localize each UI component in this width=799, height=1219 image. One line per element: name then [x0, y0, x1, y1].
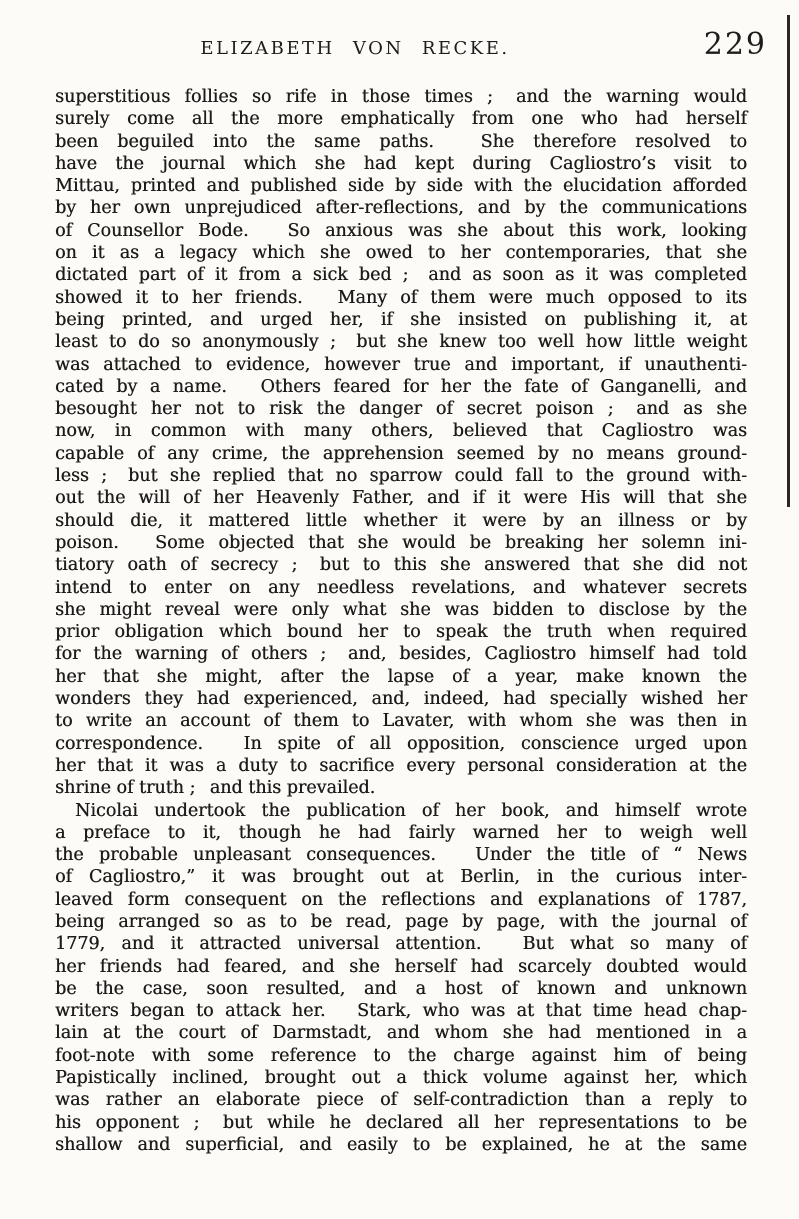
running-header-title: ELIZABETH VON RECKE.: [55, 38, 655, 59]
text-line: her that it was a duty to sacrifice ever…: [55, 755, 747, 777]
text-line: out the will of her Heavenly Father, and…: [55, 487, 747, 509]
book-page: ELIZABETH VON RECKE. 229 superstitious f…: [0, 0, 799, 1219]
text-line: dictated part of it from a sick bed ; an…: [55, 264, 747, 286]
text-line: tiatory oath of secrecy ; but to this sh…: [55, 554, 747, 576]
text-line: now, in common with many others, believe…: [55, 420, 747, 442]
text-line: cated by a name. Others feared for her t…: [55, 376, 747, 398]
text-line: of Cagliostro,” it was brought out at Be…: [55, 866, 747, 888]
text-line: her that she might, after the lapse of a…: [55, 666, 747, 688]
text-line: for the warning of others ; and, besides…: [55, 643, 747, 665]
text-line: intend to enter on any needless revelati…: [55, 577, 747, 599]
text-line: have the journal which she had kept duri…: [55, 153, 747, 175]
text-line: on it as a legacy which she owed to her …: [55, 242, 747, 264]
text-line: surely come all the more emphatically fr…: [55, 108, 747, 130]
text-line: was attached to evidence, however true a…: [55, 354, 747, 376]
text-line: correspondence. In spite of all oppositi…: [55, 733, 747, 755]
text-line: being arranged so as to be read, page by…: [55, 911, 747, 933]
text-line: Papistically inclined, brought out a thi…: [55, 1067, 747, 1089]
text-line: Mittau, printed and published side by si…: [55, 175, 747, 197]
text-line: Nicolai undertook the publication of her…: [55, 800, 747, 822]
text-line: foot-note with some reference to the cha…: [55, 1045, 747, 1067]
text-line: wonders they had experienced, and, indee…: [55, 688, 747, 710]
text-line: be the case, soon resulted, and a host o…: [55, 978, 747, 1000]
text-line: superstitious follies so rife in those t…: [55, 86, 747, 108]
page-body: superstitious follies so rife in those t…: [55, 86, 747, 1156]
text-line: leaved form consequent on the reflection…: [55, 889, 747, 911]
text-line: 1779, and it attracted universal attenti…: [55, 933, 747, 955]
text-line: shrine of truth ; and this prevailed.: [55, 777, 747, 799]
text-line: shallow and superficial, and easily to b…: [55, 1134, 747, 1156]
text-line: poison. Some objected that she would be …: [55, 532, 747, 554]
text-line: should die, it mattered little whether i…: [55, 510, 747, 532]
text-line: lain at the court of Darmstadt, and whom…: [55, 1022, 747, 1044]
text-line: being printed, and urged her, if she ins…: [55, 309, 747, 331]
text-line: less ; but she replied that no sparrow c…: [55, 465, 747, 487]
paragraph: superstitious follies so rife in those t…: [55, 86, 747, 800]
text-line: of Counsellor Bode. So anxious was she a…: [55, 220, 747, 242]
text-line: by her own unprejudiced after-reflection…: [55, 197, 747, 219]
text-line: her friends had feared, and she herself …: [55, 956, 747, 978]
text-line: capable of any crime, the apprehension s…: [55, 443, 747, 465]
text-line: showed it to her friends. Many of them w…: [55, 287, 747, 309]
text-line: a preface to it, though he had fairly wa…: [55, 822, 747, 844]
page-number: 229: [704, 27, 767, 62]
text-line: besought her not to risk the danger of s…: [55, 398, 747, 420]
text-line: the probable unpleasant consequences. Un…: [55, 844, 747, 866]
text-line: was rather an elaborate piece of self-co…: [55, 1089, 747, 1111]
paragraph: Nicolai undertook the publication of her…: [55, 800, 747, 1157]
text-line: his opponent ; but while he declared all…: [55, 1112, 747, 1134]
text-line: to write an account of them to Lavater, …: [55, 710, 747, 732]
scan-edge-line: [787, 15, 790, 507]
text-line: least to do so anonymously ; but she kne…: [55, 331, 747, 353]
text-line: been beguiled into the same paths. She t…: [55, 131, 747, 153]
text-line: she might reveal were only what she was …: [55, 599, 747, 621]
text-line: writers began to attack her. Stark, who …: [55, 1000, 747, 1022]
text-line: prior obligation which bound her to spea…: [55, 621, 747, 643]
